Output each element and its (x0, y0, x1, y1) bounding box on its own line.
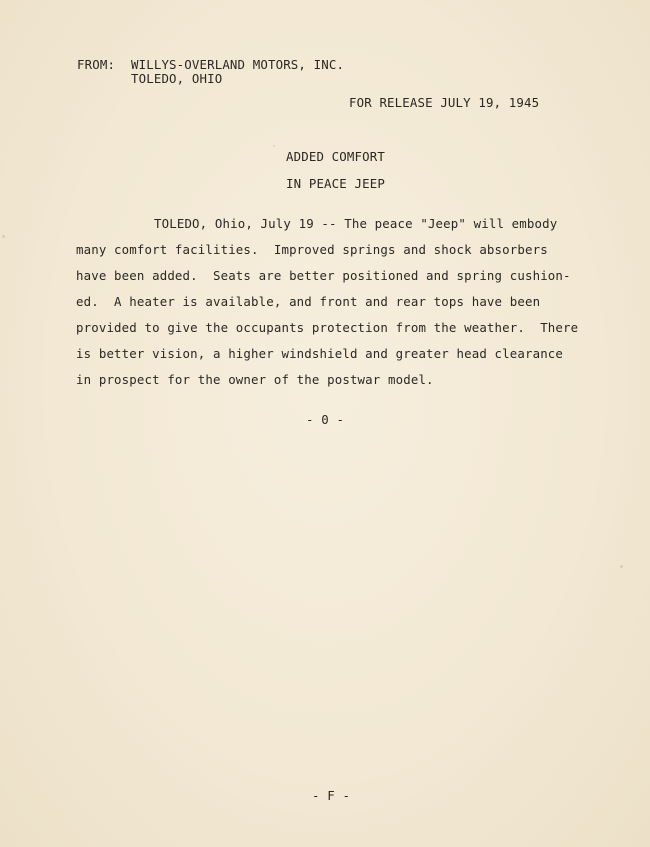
body-line: in prospect for the owner of the postwar… (76, 373, 434, 387)
body-line: many comfort facilities. Improved spring… (76, 243, 548, 257)
headline-line-2: IN PEACE JEEP (286, 177, 385, 191)
paper-speck (2, 235, 5, 238)
body-line: have been added. Seats are better positi… (76, 269, 571, 283)
press-release-page: FROM: WILLYS-OVERLAND MOTORS, INC. TOLED… (0, 0, 650, 847)
from-label: FROM: (77, 58, 115, 72)
footer-mark: - F - (312, 789, 350, 803)
company-city: TOLEDO, OHIO (131, 72, 222, 86)
headline-line-1: ADDED COMFORT (286, 150, 385, 164)
end-mark: - 0 - (306, 413, 344, 427)
body-line: provided to give the occupants protectio… (76, 321, 578, 335)
paper-speck (620, 565, 623, 568)
body-line: TOLEDO, Ohio, July 19 -- The peace "Jeep… (154, 217, 557, 231)
company-name: WILLYS-OVERLAND MOTORS, INC. (131, 58, 344, 72)
paper-speck (273, 145, 275, 147)
body-line: ed. A heater is available, and front and… (76, 295, 540, 309)
release-date: FOR RELEASE JULY 19, 1945 (349, 96, 539, 110)
body-line: is better vision, a higher windshield an… (76, 347, 563, 361)
